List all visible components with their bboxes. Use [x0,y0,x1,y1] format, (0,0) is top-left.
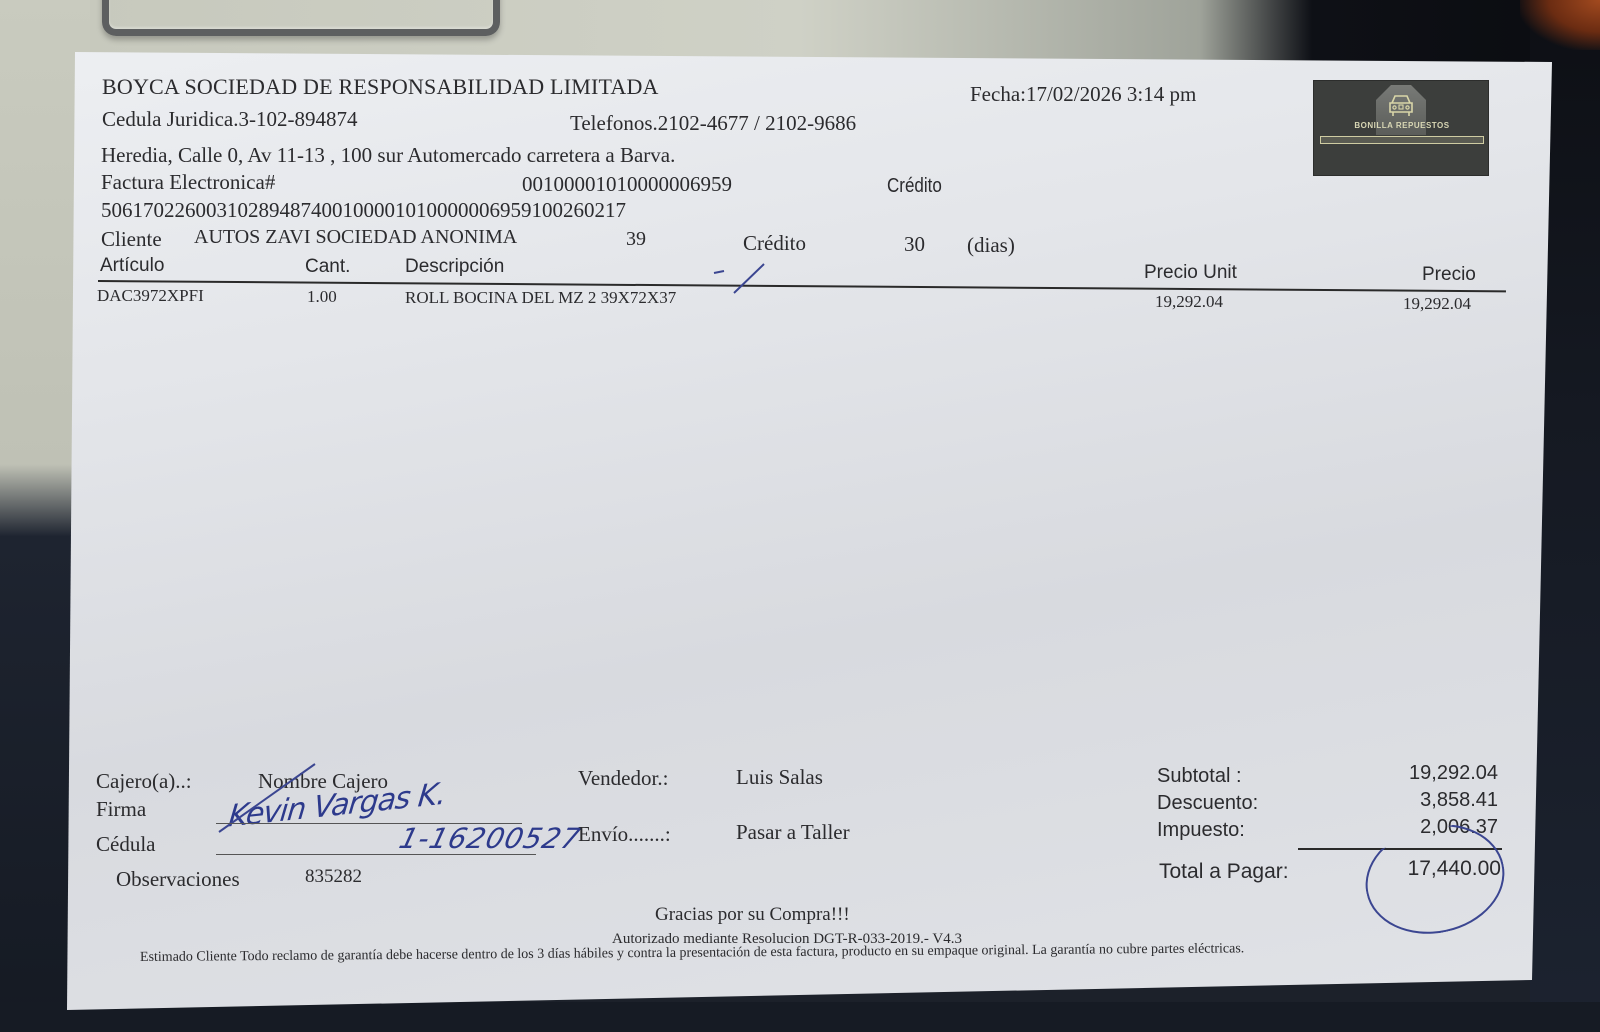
subtotal-value: 19,292.04 [1409,762,1498,785]
envio-value: Pasar a Taller [736,820,850,845]
thanks-message: Gracias por su Compra!!! [655,904,850,926]
invoice-date: Fecha:17/02/2026 3:14 pm [970,82,1196,107]
descuento-value: 3,858.41 [1420,789,1498,812]
clave-numerica: 5061702260031028948740010000101000000695… [101,198,626,223]
telefonos: Telefonos.2102-4677 / 2102-9686 [570,111,856,136]
credito-label: Crédito [743,231,806,256]
row-precio-unit: 19,292.04 [1155,292,1223,312]
impuesto-label: Impuesto: [1157,819,1245,842]
company-address: Heredia, Calle 0, Av 11-13 , 100 sur Aut… [101,143,675,168]
column-header-precio-unit: Precio Unit [1144,262,1237,284]
column-header-articulo: Artículo [100,255,164,277]
cajero-label: Cajero(a)..: [96,769,192,794]
invoice-paper: BOYCA SOCIEDAD DE RESPONSABILIDAD LIMITA… [0,0,1600,1032]
company-logo: BONILLA REPUESTOS [1313,80,1489,176]
cedula-line [216,854,536,855]
credito-dias-label: (dias) [967,233,1015,258]
handwritten-cedula: 1-16200527 [396,822,585,855]
cliente-code: 39 [626,228,646,251]
vendedor-value: Luis Salas [736,765,823,790]
background-bottom [0,1002,1600,1032]
column-header-cantidad: Cant. [305,256,350,278]
column-header-precio: Precio [1422,264,1476,286]
cedula-label: Cédula [96,832,155,857]
column-header-descripcion: Descripción [405,256,504,278]
observaciones-value: 835282 [305,866,362,888]
cliente-name: AUTOS ZAVI SOCIEDAD ANONIMA [194,226,517,249]
row-cantidad: 1.00 [307,287,337,307]
warranty-disclaimer: Estimado Cliente Todo reclamo de garantí… [140,941,1244,966]
row-precio: 19,292.04 [1403,294,1471,314]
subtotal-label: Subtotal : [1157,765,1242,788]
firma-label: Firma [96,797,146,822]
total-label: Total a Pagar: [1159,860,1289,884]
row-articulo: DAC3972XPFI [97,286,204,306]
logo-tagline-bar [1320,136,1484,144]
factura-number: 00100001010000006959 [522,172,732,197]
row-descripcion: ROLL BOCINA DEL MZ 2 39X72X37 [405,288,676,308]
clipboard-clip [102,0,500,36]
vendedor-label: Vendedor.: [578,766,668,791]
observaciones-label: Observaciones [116,867,240,892]
background-orange-object [1520,0,1600,50]
envio-label: Envío.......: [578,822,671,847]
logo-brand-text: BONILLA REPUESTOS [1314,121,1490,130]
cliente-label: Cliente [101,227,162,252]
payment-condition: Crédito [887,175,942,198]
car-logo-icon [1386,91,1416,119]
factura-label: Factura Electronica# [101,170,275,195]
descuento-label: Descuento: [1157,792,1258,815]
signature-stroke-icon [215,760,325,840]
credito-dias-value: 30 [904,232,925,257]
company-name: BOYCA SOCIEDAD DE RESPONSABILIDAD LIMITA… [102,74,659,100]
cedula-juridica: Cedula Juridica.3-102-894874 [102,107,357,132]
pen-checkmark-icon [708,260,768,296]
